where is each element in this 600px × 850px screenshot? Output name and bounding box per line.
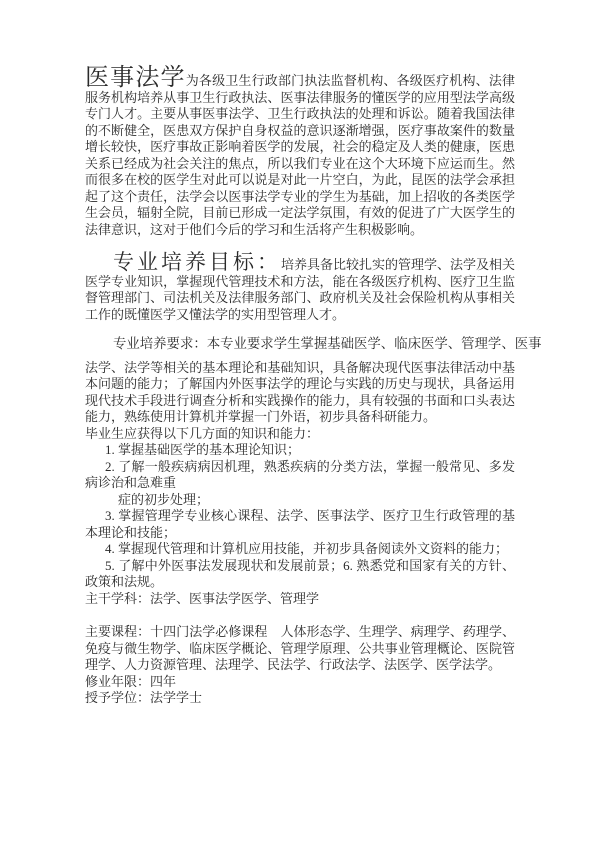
document-content: 医事法学为各级卫生行政部门执法监督机构、各级医疗机构、法律服务机构培养从事卫生行… [85, 70, 515, 707]
intro-text: 为各级卫生行政部门执法监督机构、各级医疗机构、法律服务机构培养从事卫生行政执法、… [85, 73, 515, 237]
graduate-intro-line: 毕业生应获得以下几方面的知识和能力： [85, 426, 515, 443]
ability-item-5-6: 5. 了解中外医事法发展现状和发展前景；6. 熟悉党和国家有关的方针、政策和法规… [85, 558, 515, 591]
ability-item-4: 4. 掌握现代管理和计算机应用技能，并初步具备阅读外文资料的能力； [85, 541, 515, 558]
requirement-lead-line: 专业培养要求：本专业要求学生掌握基础医学、临床医学、管理学、医事 [85, 336, 515, 353]
ability-item-2-continuation: 症的初步处理； [85, 492, 515, 509]
requirement-body: 法学、法学等相关的基本理论和基础知识，具备解决现代医事法律活动中基本问题的能力；… [85, 360, 515, 426]
document-title-lead: 医事法学 [85, 65, 186, 91]
courses-paragraph: 主要课程：十四门法学必修课程 人体形态学、生理学、病理学、药理学、免疫与微生物学… [85, 624, 515, 674]
ability-item-1: 1. 掌握基础医学的基本理论知识； [85, 442, 515, 459]
main-subjects-line: 主干学科：法学、医事法学医学、管理学 [85, 591, 515, 608]
ability-item-3: 3. 掌握管理学专业核心课程、法学、医事法学、医疗卫生行政管理的基本理论和技能； [85, 508, 515, 541]
ability-item-2: 2. 了解一般疾病病因机理，熟悉疾病的分类方法，掌握一般常见、多发病诊治和急难重 [85, 459, 515, 492]
goal-heading: 专业培养目标： [113, 250, 281, 274]
document-page: 医事法学为各级卫生行政部门执法监督机构、各级医疗机构、法律服务机构培养从事卫生行… [0, 0, 600, 850]
duration-line: 修业年限：四年 [85, 674, 515, 691]
goal-paragraph: 专业培养目标：培养具备比较扎实的管理学、法学及相关医学专业知识，掌握现代管理技术… [85, 254, 515, 323]
intro-paragraph: 医事法学为各级卫生行政部门执法监督机构、各级医疗机构、法律服务机构培养从事卫生行… [85, 70, 515, 238]
degree-line: 授予学位：法学学士 [85, 690, 515, 707]
